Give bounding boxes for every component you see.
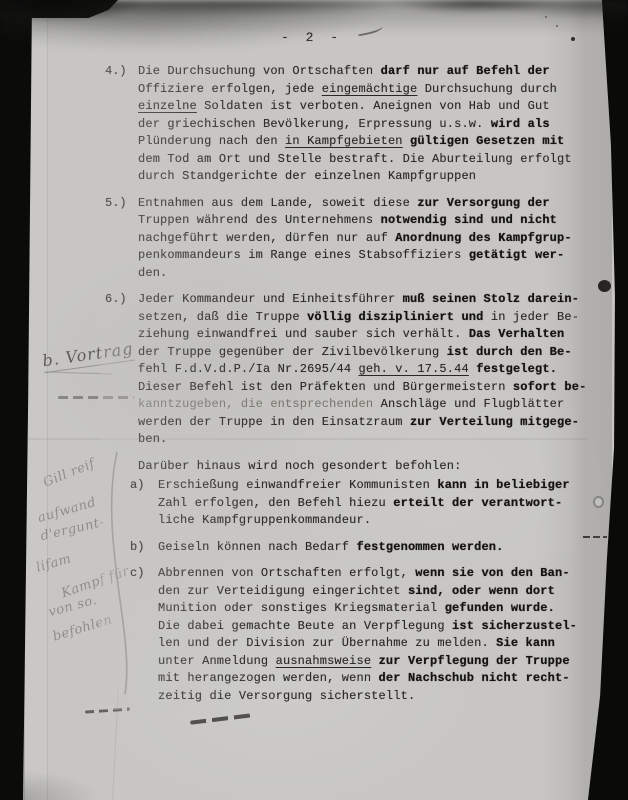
text-line: Erschießung einwandfreier Kommunisten ka… xyxy=(158,477,585,495)
paragraph-text: Jeder Kommandeur und Einheitsführer muß … xyxy=(138,291,586,449)
scanned-document-page: - 2 - 4.)Die Durchsuchung von Ortschafte… xyxy=(0,0,628,800)
ink-speck xyxy=(571,37,575,41)
paragraph-marker: 4.) xyxy=(105,63,138,186)
text-line: fehl F.d.V.d.P./Ia Nr.2695/44 geh. v. 17… xyxy=(138,361,586,379)
pencil-note-line: Gill reif xyxy=(41,456,97,490)
text-line: Dieser Befehl ist den Präfekten und Bürg… xyxy=(138,379,586,397)
paragraph-marker: a) xyxy=(130,477,158,530)
paragraph-text: Geiseln können nach Bedarf festgenommen … xyxy=(158,539,585,557)
text-line: Darüber hinaus wird noch gesondert befoh… xyxy=(138,458,585,476)
ink-speck xyxy=(545,16,547,18)
paragraph-marker: 5.) xyxy=(105,195,138,283)
text-line: unter Anmeldung ausnahmsweise zur Verpfl… xyxy=(158,653,585,671)
paragraph-marker xyxy=(105,458,138,476)
text-line: Geiseln können nach Bedarf festgenommen … xyxy=(158,539,585,557)
text-line: Jeder Kommandeur und Einheitsführer muß … xyxy=(138,291,586,309)
text-line: Plünderung nach den in Kampfgebieten gül… xyxy=(138,133,585,151)
text-line: Zahl erfolgen, den Befehl hiezu erteilt … xyxy=(158,495,585,513)
hole-punch-mark xyxy=(593,496,604,508)
text-line: Entnahmen aus dem Lande, soweit diese zu… xyxy=(138,195,585,213)
paragraph-4: 4.)Die Durchsuchung von Ortschaften darf… xyxy=(105,63,585,186)
text-line: kanntzugeben, die entsprechenden Anschlä… xyxy=(138,396,586,414)
text-line: den. xyxy=(138,265,585,283)
text-line: len und der Division zur Übernahme zu me… xyxy=(158,635,585,653)
ink-speck xyxy=(556,25,558,27)
text-line: Offiziere erfolgen, jede eingemächtige D… xyxy=(138,81,585,99)
text-line: Abbrennen von Ortschaften erfolgt, wenn … xyxy=(158,565,585,583)
text-line: nachgeführt werden, dürfen nur auf Anord… xyxy=(138,230,585,248)
text-line: zeitig die Versorgung sicherstellt. xyxy=(158,688,585,706)
text-line: den zur Verteidigung eingerichtet sind, … xyxy=(158,583,585,601)
document-body: 4.)Die Durchsuchung von Ortschaften darf… xyxy=(105,63,585,714)
paragraph-b: b)Geiseln können nach Bedarf festgenomme… xyxy=(105,539,585,557)
text-line: Truppen während des Unternehmens notwend… xyxy=(138,212,585,230)
text-line: Die Durchsuchung von Ortschaften darf nu… xyxy=(138,63,585,81)
text-line: setzen, daß die Truppe völlig disziplini… xyxy=(138,309,586,327)
ink-smudge xyxy=(190,713,252,725)
pencil-tick-mark xyxy=(356,23,383,36)
text-line: liche Kampfgruppenkommandeur. xyxy=(158,512,585,530)
text-line: werden der Truppe in den Einsatzraum zur… xyxy=(138,414,586,432)
edge-dash-mark xyxy=(583,536,607,538)
paragraph-text: Entnahmen aus dem Lande, soweit diese zu… xyxy=(138,195,585,283)
ink-blot xyxy=(598,280,611,292)
paragraph-c: c)Abbrennen von Ortschaften erfolgt, wen… xyxy=(105,565,585,705)
text-line: dem Tod am Ort und Stelle bestraft. Die … xyxy=(138,151,585,169)
text-line: ziehung einwandfrei und sauber sich verh… xyxy=(138,326,586,344)
text-line: einzelne Soldaten ist verboten. Aneignen… xyxy=(138,98,585,116)
text-line: ben. xyxy=(138,431,586,449)
paragraph-text: Darüber hinaus wird noch gesondert befoh… xyxy=(138,458,585,476)
page-number: - 2 - xyxy=(281,30,343,45)
text-line: mit herangezogen werden, wenn der Nachsc… xyxy=(158,670,585,688)
text-line: der Truppe gegenüber der Zivilbevölkerun… xyxy=(138,344,586,362)
paragraph-a: a)Erschießung einwandfreier Kommunisten … xyxy=(105,477,585,530)
text-line: Die dabei gemachte Beute an Verpflegung … xyxy=(158,618,585,636)
scan-border-right xyxy=(583,0,628,800)
paragraph-marker: b) xyxy=(130,539,158,557)
margin-smudge xyxy=(58,396,134,399)
paragraph-text: Erschießung einwandfreier Kommunisten ka… xyxy=(158,477,585,530)
text-line: der griechischen Bevölkerung, Erpressung… xyxy=(138,116,585,134)
text-line: penkommandeurs im Range eines Stabsoffiz… xyxy=(138,247,585,265)
paragraph-intro: Darüber hinaus wird noch gesondert befoh… xyxy=(105,458,585,476)
paragraph-marker: 6.) xyxy=(105,291,138,449)
scan-border-top-left xyxy=(0,0,118,18)
paragraph-5: 5.)Entnahmen aus dem Lande, soweit diese… xyxy=(105,195,585,283)
paragraph-text: Abbrennen von Ortschaften erfolgt, wenn … xyxy=(158,565,585,705)
paragraph-marker: c) xyxy=(130,565,158,705)
text-line: Munition oder sonstiges Kriegsmaterial g… xyxy=(158,600,585,618)
paragraph-text: Die Durchsuchung von Ortschaften darf nu… xyxy=(138,63,585,186)
text-line: durch Standgerichte der einzelnen Kampfg… xyxy=(138,168,585,186)
paragraph-6: 6.)Jeder Kommandeur und Einheitsführer m… xyxy=(105,291,585,449)
